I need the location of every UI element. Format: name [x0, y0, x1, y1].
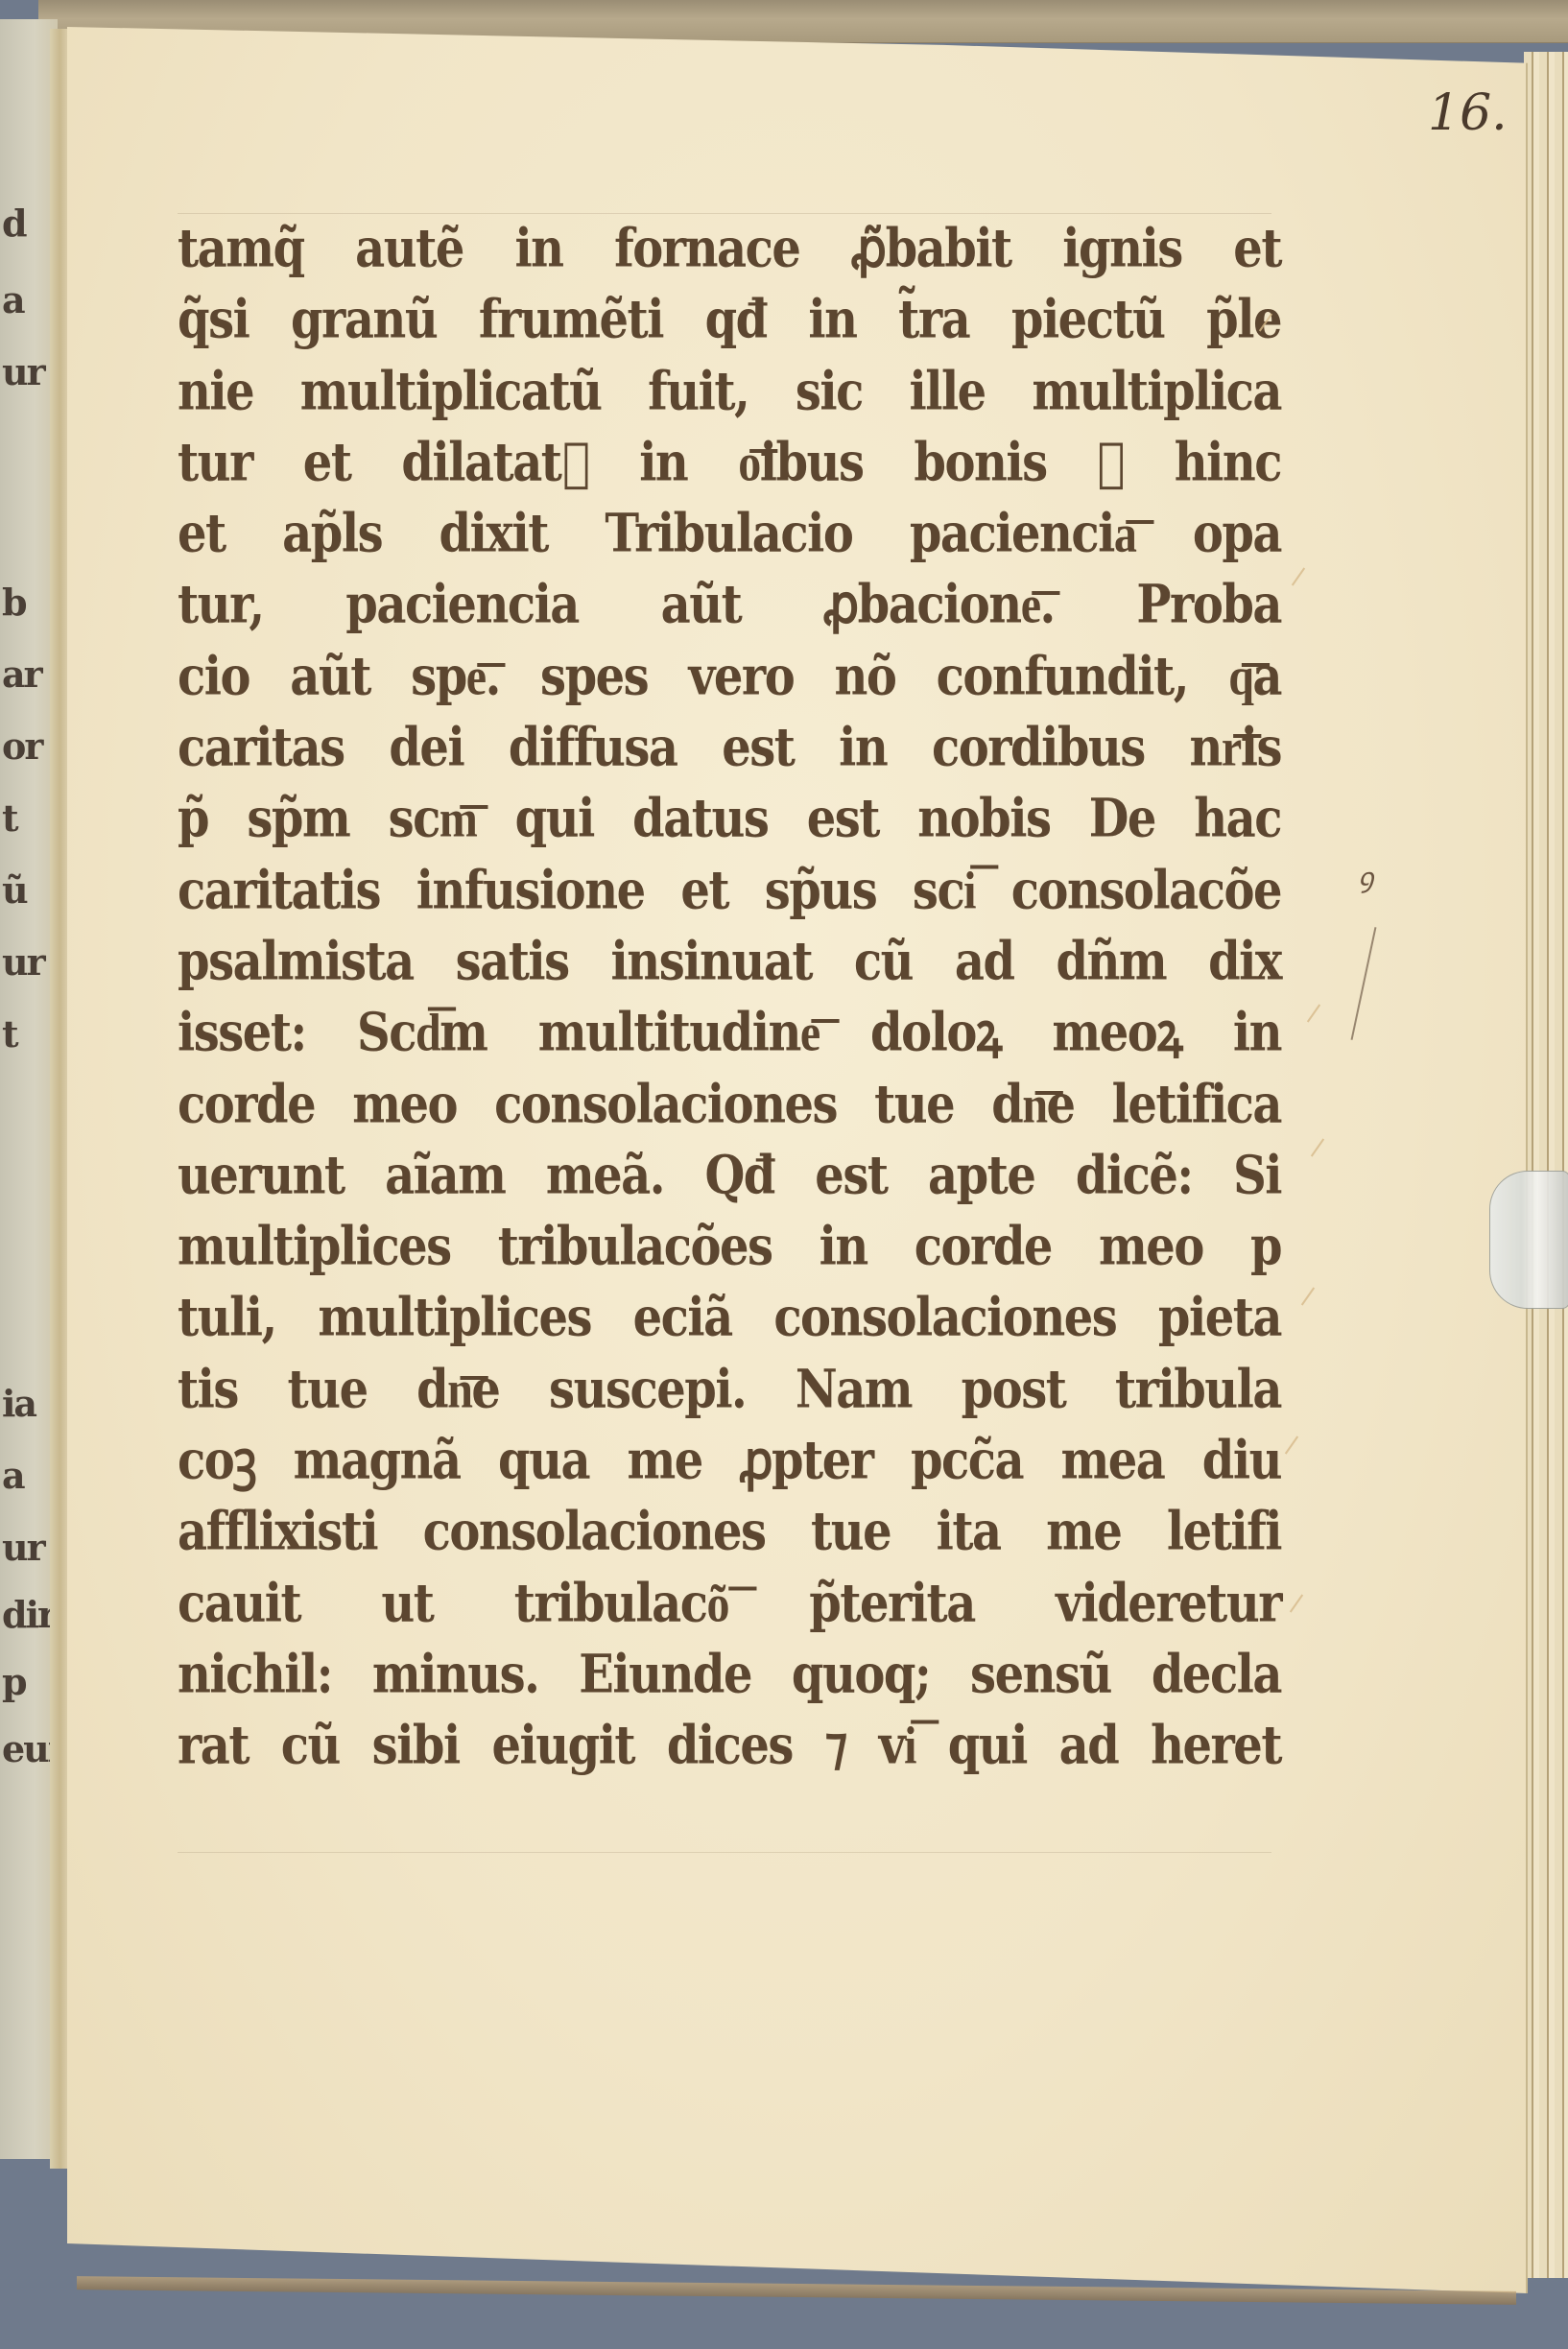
- text-line: nichil: minus. Eiunde quoq; sensũ decla: [178, 1633, 1281, 1715]
- previous-page-fragment: ur: [2, 1526, 44, 1569]
- previous-page-fragment: ar: [2, 652, 41, 696]
- text-line: q̃si granũ frumẽti qđ in t̃ra piectũ p̃l…: [178, 279, 1281, 361]
- text-line: afflixisti consolaciones tue ita me leti…: [178, 1491, 1281, 1573]
- text-line: caritas dei diffusa est in cordibus nr͞i…: [178, 707, 1281, 789]
- text-line: nie multiplicatũ fuit, sic ille multipli…: [178, 350, 1281, 432]
- previous-page-strip: d a ur b ar or t ũ ur t ia a ur dir p eu…: [0, 19, 58, 2159]
- text-line: coꝫ magnã qua me ꝓpter pcc̃a mea diu: [178, 1419, 1281, 1501]
- text-line: corde meo consolaciones tue dn͞e letific…: [178, 1063, 1281, 1145]
- previous-page-fragment: ia: [2, 1382, 36, 1425]
- text-line: tur, paciencia aũt ꝓbacione͞. Proba: [178, 564, 1281, 646]
- text-line: cio aũt spe͞. spes vero nõ confundit, q͞…: [178, 635, 1281, 717]
- text-block: tamq̃ autẽ in fornace ꝓ̃babit ignis et q…: [178, 213, 1281, 1782]
- previous-page-fragment: t: [2, 796, 17, 840]
- text-line: isset: Scd͞m multitudine͞ doloꝝ meoꝝ in: [178, 992, 1281, 1074]
- text-line: tur et dilatat᷑ in o͞ibus bonis ⁊ hinc: [178, 421, 1281, 503]
- ruling-line: [178, 1852, 1271, 1853]
- marginal-annotation: ꝯ: [1358, 859, 1373, 895]
- text-line: tis tue dn͞e suscepi. Nam post tribula: [178, 1348, 1281, 1430]
- text-line: p̃ sp̃m scm͞ qui datus est nobis De hac: [178, 778, 1281, 860]
- text-line: tuli, multiplices eciã consolaciones pie…: [178, 1277, 1281, 1359]
- text-line: rat cũ sibi eiugit dices ⁊ vi͞ qui ad he…: [178, 1705, 1281, 1787]
- previous-page-fragment: a: [2, 1454, 24, 1497]
- page-fore-edges: [1524, 52, 1568, 2278]
- text-line: et ap̃ls dixit Tribulacio paciencia͞ opa: [178, 493, 1281, 575]
- clasp-tab: [1489, 1171, 1568, 1309]
- text-line: caritatis infusione et sp̃us sci͞ consol…: [178, 849, 1281, 931]
- previous-page-fragment: dir: [2, 1593, 55, 1636]
- folio-number: 16.: [1428, 84, 1508, 142]
- previous-page-fragment: d: [2, 202, 26, 245]
- previous-page-fragment: t: [2, 1012, 17, 1056]
- text-line: tamq̃ autẽ in fornace ꝓ̃babit ignis et: [178, 207, 1281, 289]
- previous-page-fragment: or: [2, 724, 41, 768]
- previous-page-fragment: b: [2, 581, 26, 624]
- text-line: psalmista satis insinuat cũ ad dñm dix: [178, 920, 1281, 1002]
- previous-page-fragment: ũ: [2, 868, 27, 912]
- text-line: cauit ut tribulacõ͞ p̃terita videretur: [178, 1562, 1281, 1644]
- previous-page-fragment: p: [2, 1660, 26, 1703]
- previous-page-fragment: ur: [2, 350, 44, 393]
- previous-page-fragment: ur: [2, 940, 44, 984]
- text-line: uerunt aĩam meã. Qđ est apte dicẽ: Si: [178, 1134, 1281, 1216]
- previous-page-fragment: a: [2, 278, 24, 321]
- text-line: multiplices tribulacões in corde meo p: [178, 1206, 1281, 1288]
